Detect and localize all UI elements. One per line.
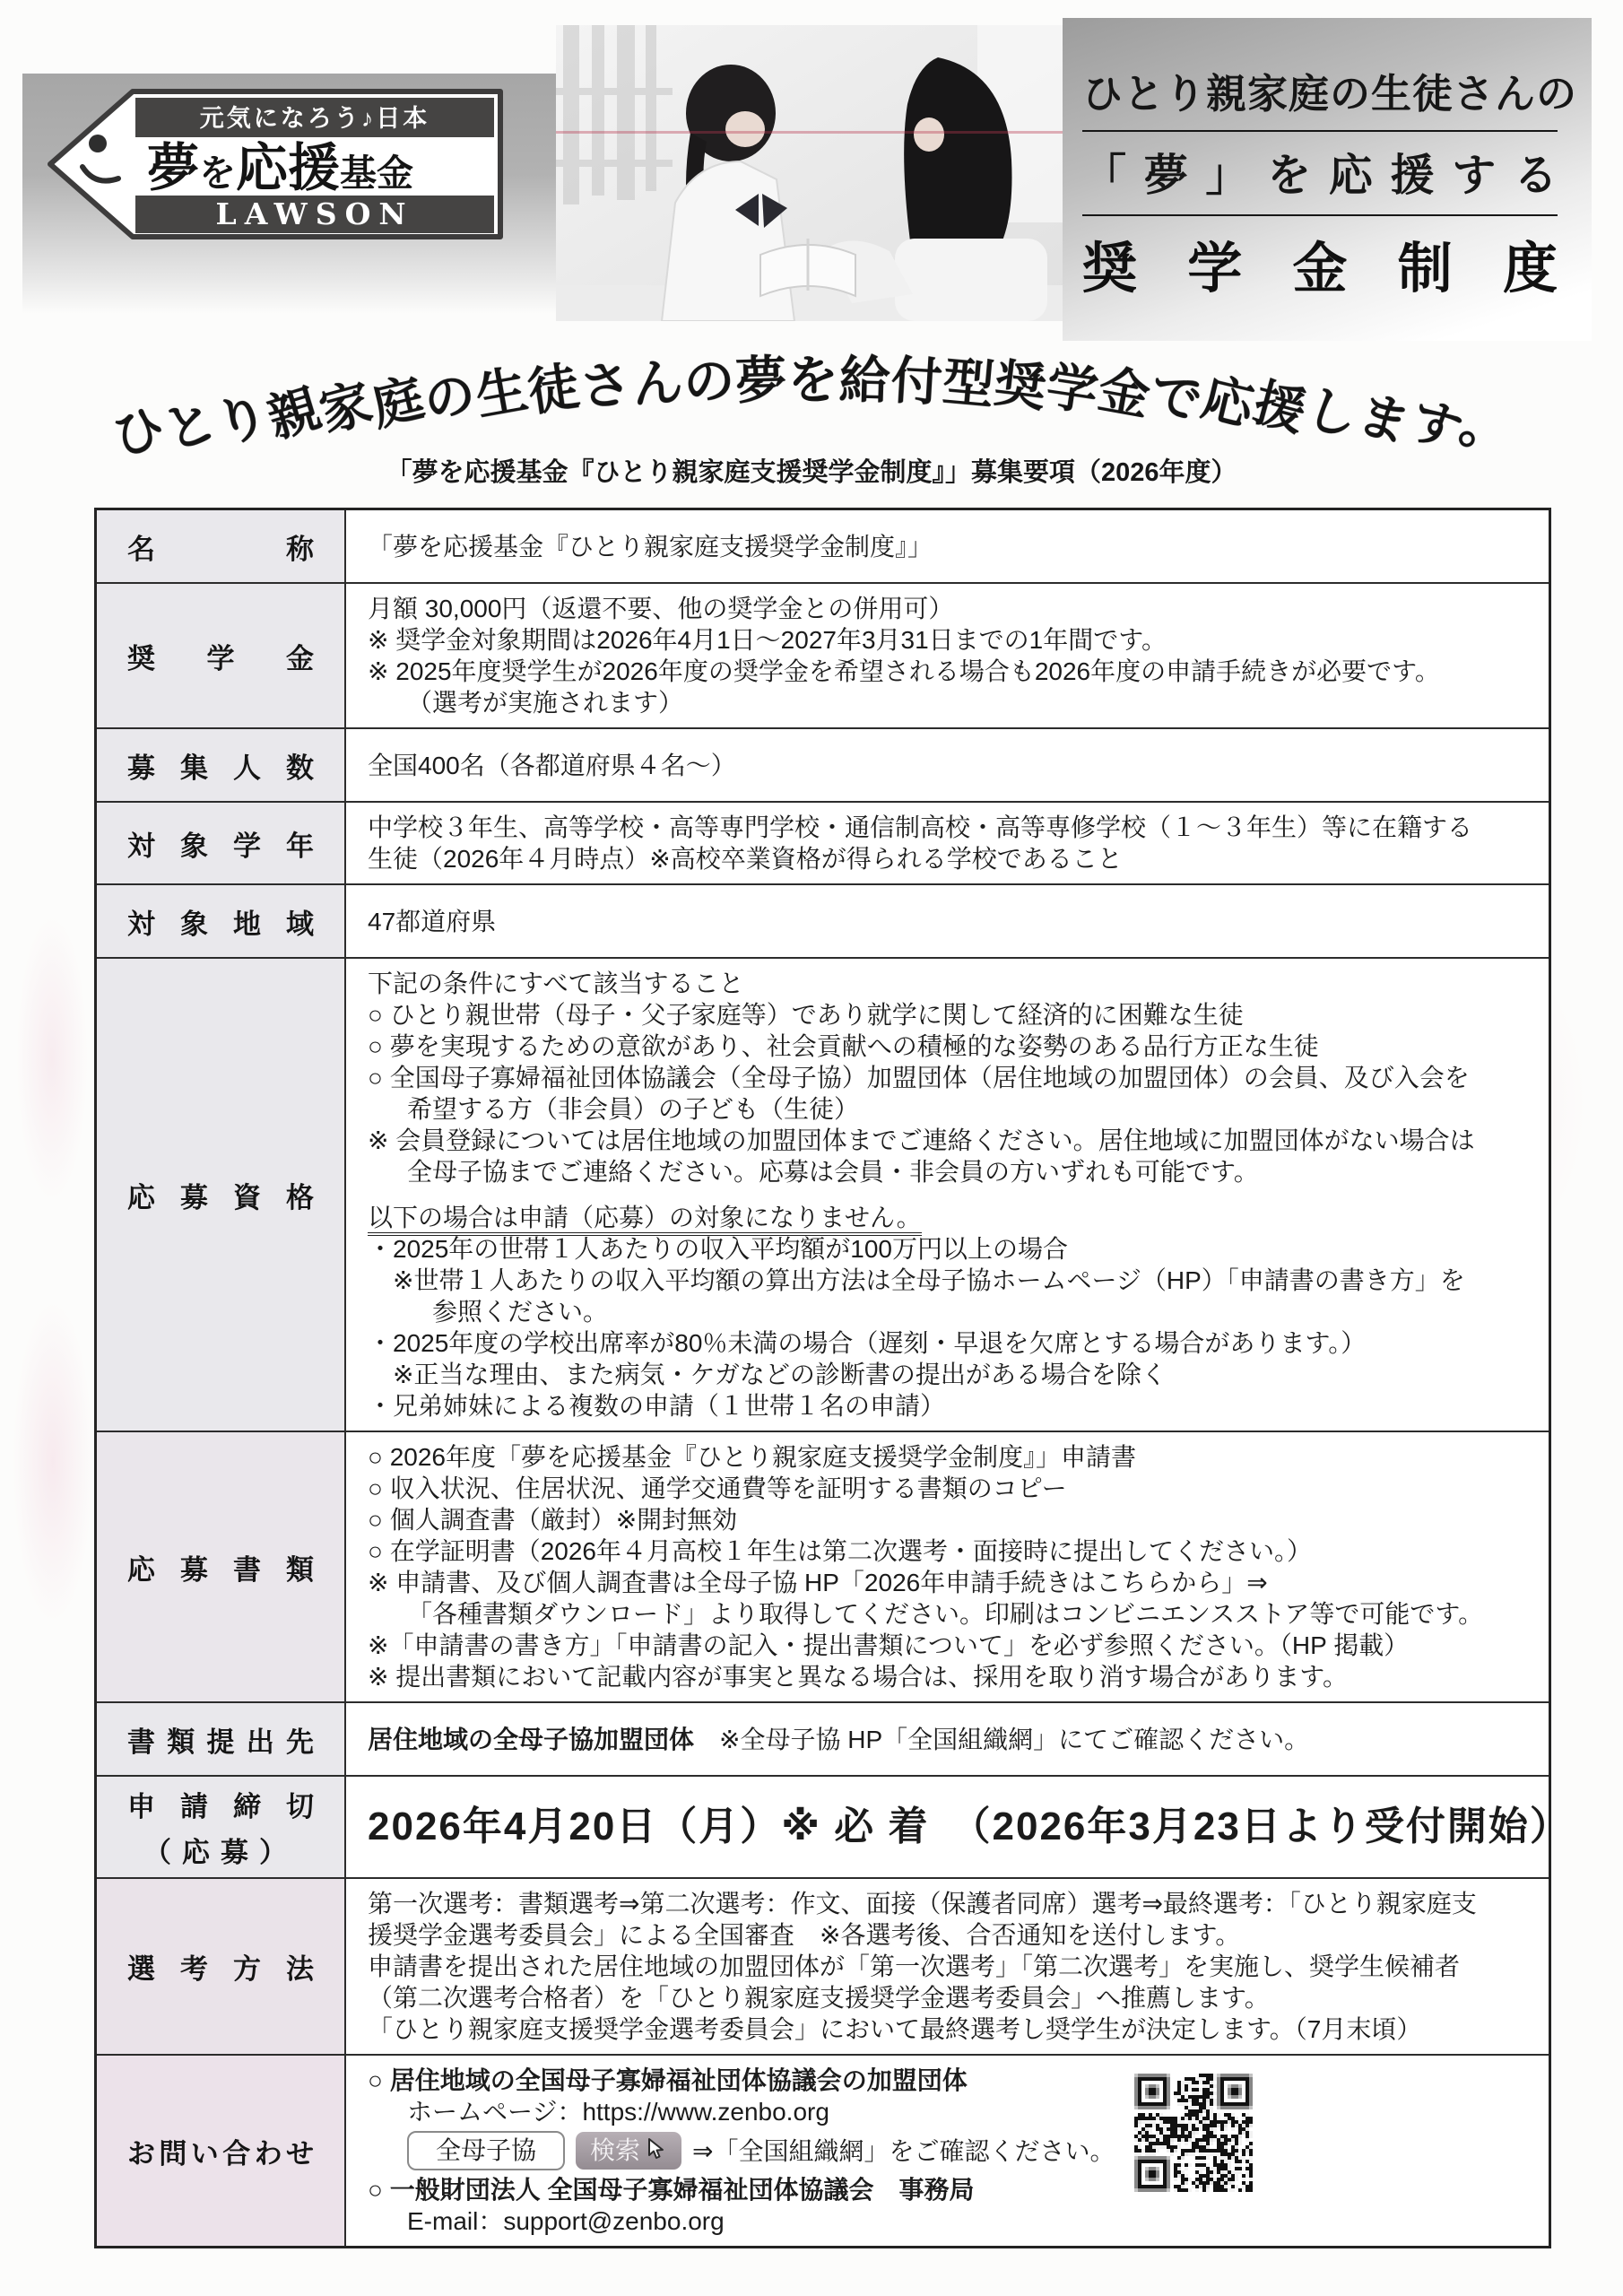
row-value: ※ 2025年度奨学生が2026年度の奨学金を希望される場合も2026年度の申請… — [368, 656, 1541, 687]
row-value: 月額 30,000円（返還不要、他の奨学金との併用可） — [368, 593, 1541, 624]
table-row-quota: 募集人数 全国400名（各都道府県４名～） — [97, 727, 1549, 801]
row-label: 募集人数 — [97, 729, 346, 801]
row-value: ○ 在学証明書（2026年４月高校１年生は第二次選考・面接時に提出してください。… — [368, 1535, 1541, 1567]
row-value: 申請書を提出された居住地域の加盟団体が「第一次選考」「第二次選考」を実施し、奨学… — [368, 1951, 1541, 1982]
row-label: 応募資格 — [97, 959, 346, 1431]
students-photo — [556, 25, 1063, 321]
row-value: ○ 全国母子寡婦福祉団体協議会（全母子協）加盟団体（居住地域の加盟団体）の会員、… — [368, 1062, 1541, 1093]
row-value: ※ 会員登録については居住地域の加盟団体までご連絡ください。居住地域に加盟団体が… — [368, 1125, 1541, 1156]
row-value: （選考が実施されます） — [368, 687, 1541, 718]
table-row-documents: 応募書類 ○ 2026年度「夢を応援基金『ひとり親家庭支援奨学金制度』」申請書 … — [97, 1431, 1549, 1701]
row-value: ※ 申請書、及び個人調査書は全母子協 HP「2026年申請手続きはこちらから」⇒ — [368, 1567, 1541, 1598]
search-keyword-box: 全母子協 — [407, 2131, 565, 2170]
qr-code — [1134, 2074, 1253, 2192]
row-value: ※世帯１人あたりの収入平均額の算出方法は全母子協ホームページ（HP）「申請書の書… — [368, 1265, 1541, 1296]
row-value: 「夢を応援基金『ひとり親家庭支援奨学金制度』」 — [368, 531, 1541, 562]
table-row-submit-to: 書類提出先 居住地域の全母子協加盟団体 ※全母子協 HP「全国組織網」にてご確認… — [97, 1701, 1549, 1775]
row-value: 全国400名（各都道府県４名～） — [368, 750, 1541, 781]
row-label: 奨学金 — [97, 584, 346, 727]
page-subtitle: 「夢を応援基金『ひとり親家庭支援奨学金制度』」募集要項（2026年度） — [0, 452, 1623, 489]
search-note: ⇒「全国組織網」をご確認ください。 — [692, 2135, 1115, 2167]
requirements-table: 名称 「夢を応援基金『ひとり親家庭支援奨学金制度』」 奨学金 月額 30,000… — [94, 508, 1551, 2248]
header-line3: 奨学金制度 — [1082, 225, 1558, 303]
row-label: 選考方法 — [97, 1879, 346, 2054]
header-rule — [1082, 214, 1558, 216]
row-label: 対象学年 — [97, 803, 346, 883]
row-value: 希望する方（非会員）の子ども（生徒） — [368, 1093, 1541, 1125]
table-row-eligibility: 応募資格 下記の条件にすべて該当すること ○ ひとり親世帯（母子・父子家庭等）で… — [97, 957, 1549, 1431]
row-value: ・2025年度の学校出席率が80％未満の場合（遅刻・早退を欠席とする場合がありま… — [368, 1327, 1541, 1359]
scanned-flyer-page: 元気になろう♪日本 夢を応援基金 LAWSON — [0, 0, 1623, 2296]
row-label: 書類提出先 — [97, 1703, 346, 1775]
row-value: ※「申請書の書き方」「申請書の記入・提出書類について」を必ず参照ください。（HP… — [368, 1630, 1541, 1661]
tag-hole-icon — [89, 135, 107, 152]
row-value: ○ 2026年度「夢を応援基金『ひとり親家庭支援奨学金制度』」申請書 — [368, 1441, 1541, 1473]
row-value: 下記の条件にすべて該当すること — [368, 968, 1541, 999]
table-row-contact: お問い合わせ ○ 居住地域の全国母子寡婦福祉団体協議会の加盟団体 ホームページ：… — [97, 2054, 1549, 2246]
table-row-grades: 対象学年 中学校３年生、高等学校・高等専門学校・通信制高校・高等専修学校（１～３… — [97, 801, 1549, 883]
row-value: 47都道府県 — [368, 906, 1541, 937]
scan-ghost — [13, 1300, 93, 1623]
page-slogan: ひとり親家庭の生徒さんの夢を給付型奨学金で応援します。 — [56, 339, 1571, 413]
row-value: 中学校３年生、高等学校・高等専門学校・通信制高校・高等専修学校（１～３年生）等に… — [368, 812, 1541, 843]
row-value: ○ ひとり親世帯（母子・父子家庭等）であり就学に関して経済的に困難な生徒 — [368, 999, 1541, 1031]
row-value: 「ひとり親家庭支援奨学金選考委員会」において最終選考し奨学生が決定します。（7月… — [368, 2013, 1541, 2045]
row-label: 申請締切 （応募） — [97, 1777, 346, 1877]
row-value: 居住地域の全母子協加盟団体 ※全母子協 HP「全国組織網」にてご確認ください。 — [368, 1724, 1541, 1755]
contact-homepage: ホームページ：https://www.zenbo.org — [368, 2096, 1541, 2127]
row-label: 対象地域 — [97, 885, 346, 957]
row-value: ○ 収入状況、住居状況、通学交通費等を証明する書類のコピー — [368, 1473, 1541, 1504]
logo-company: LAWSON — [216, 196, 414, 231]
row-value: ※正当な理由、また病気・ケガなどの診断書の提出がある場合を除く — [368, 1359, 1541, 1390]
header-line1: ひとり親家庭の生徒さんの — [1082, 61, 1558, 119]
logo-tagline: 元気になろう♪日本 — [200, 104, 430, 132]
search-hand-icon — [644, 2137, 667, 2164]
contact-email: E-mail：support@zenbo.org — [368, 2205, 1541, 2237]
row-value: ○ 個人調査書（厳封）※開封無効 — [368, 1504, 1541, 1535]
deadline-value: 2026年4月20日（月）※ 必 着 （2026年3月23日より受付開始） — [368, 1804, 1571, 1850]
row-value: （第二次選考合格者）を「ひとり親家庭支援奨学金選考委員会」へ推薦します。 — [368, 1982, 1541, 2013]
row-value: 参照ください。 — [368, 1296, 1541, 1327]
contact-org-line: ○ 居住地域の全国母子寡婦福祉団体協議会の加盟団体 — [368, 2065, 1541, 2096]
yume-ouen-kikin-logo: 元気になろう♪日本 夢を応援基金 LAWSON — [47, 84, 506, 244]
header-right-panel: ひとり親家庭の生徒さんの 「夢」を応援する 奨学金制度 — [1063, 18, 1592, 341]
row-value: 全母子協までご連絡ください。応募は会員・非会員の方いずれも可能です。 — [368, 1156, 1541, 1187]
table-row-scholarship: 奨学金 月額 30,000円（返還不要、他の奨学金との併用可） ※ 奨学金対象期… — [97, 582, 1549, 727]
header-rule — [1082, 130, 1558, 132]
row-value: ・兄弟姉妹による複数の申請（１世帯１名の申請） — [368, 1390, 1541, 1422]
row-value: 生徒（2026年４月時点）※高校卒業資格が得られる学校であること — [368, 843, 1541, 874]
search-button: 検索 — [576, 2132, 681, 2170]
row-value: ※ 提出書類において記載内容が事実と異なる場合は、採用を取り消す場合があります。 — [368, 1661, 1541, 1692]
scan-artifact-line — [556, 131, 1063, 134]
row-value: ※ 奨学金対象期間は2026年4月1日～2027年3月31日までの1年間です。 — [368, 624, 1541, 656]
scan-ghost — [16, 915, 88, 1202]
header-line2: 「夢」を応援する — [1082, 141, 1558, 204]
row-value: 以下の場合は申請（応募）の対象になりません。 — [368, 1202, 1541, 1233]
table-row-deadline: 申請締切 （応募） 2026年4月20日（月）※ 必 着 （2026年3月23日… — [97, 1775, 1549, 1877]
row-label: 名称 — [97, 510, 346, 582]
contact-office-line: ○ 一般財団法人 全国母子寡婦福祉団体協議会 事務局 — [368, 2174, 1541, 2205]
table-row-name: 名称 「夢を応援基金『ひとり親家庭支援奨学金制度』」 — [97, 510, 1549, 582]
row-value: 「各種書類ダウンロード」より取得してください。印刷はコンビニエンスストア等で可能… — [368, 1598, 1541, 1630]
table-row-selection: 選考方法 第一次選考：書類選考⇒第二次選考：作文、面接（保護者同席）選考⇒最終選… — [97, 1877, 1549, 2054]
row-value: ○ 夢を実現するための意欲があり、社会貢献への積極的な姿勢のある品行方正な生徒 — [368, 1031, 1541, 1062]
row-value: ・2025年の世帯１人あたりの収入平均額が100万円以上の場合 — [368, 1233, 1541, 1265]
row-label: お問い合わせ — [97, 2056, 346, 2246]
table-row-region: 対象地域 47都道府県 — [97, 883, 1549, 957]
row-value: 第一次選考：書類選考⇒第二次選考：作文、面接（保護者同席）選考⇒最終選考：「ひと… — [368, 1888, 1541, 1919]
row-value: 援奨学金選考委員会」による全国審査 ※各選考後、合否通知を送付します。 — [368, 1919, 1541, 1951]
row-label: 応募書類 — [97, 1432, 346, 1701]
search-example: 全母子協 検索 ⇒「全国組織網」をご確認ください。 — [368, 2131, 1541, 2170]
